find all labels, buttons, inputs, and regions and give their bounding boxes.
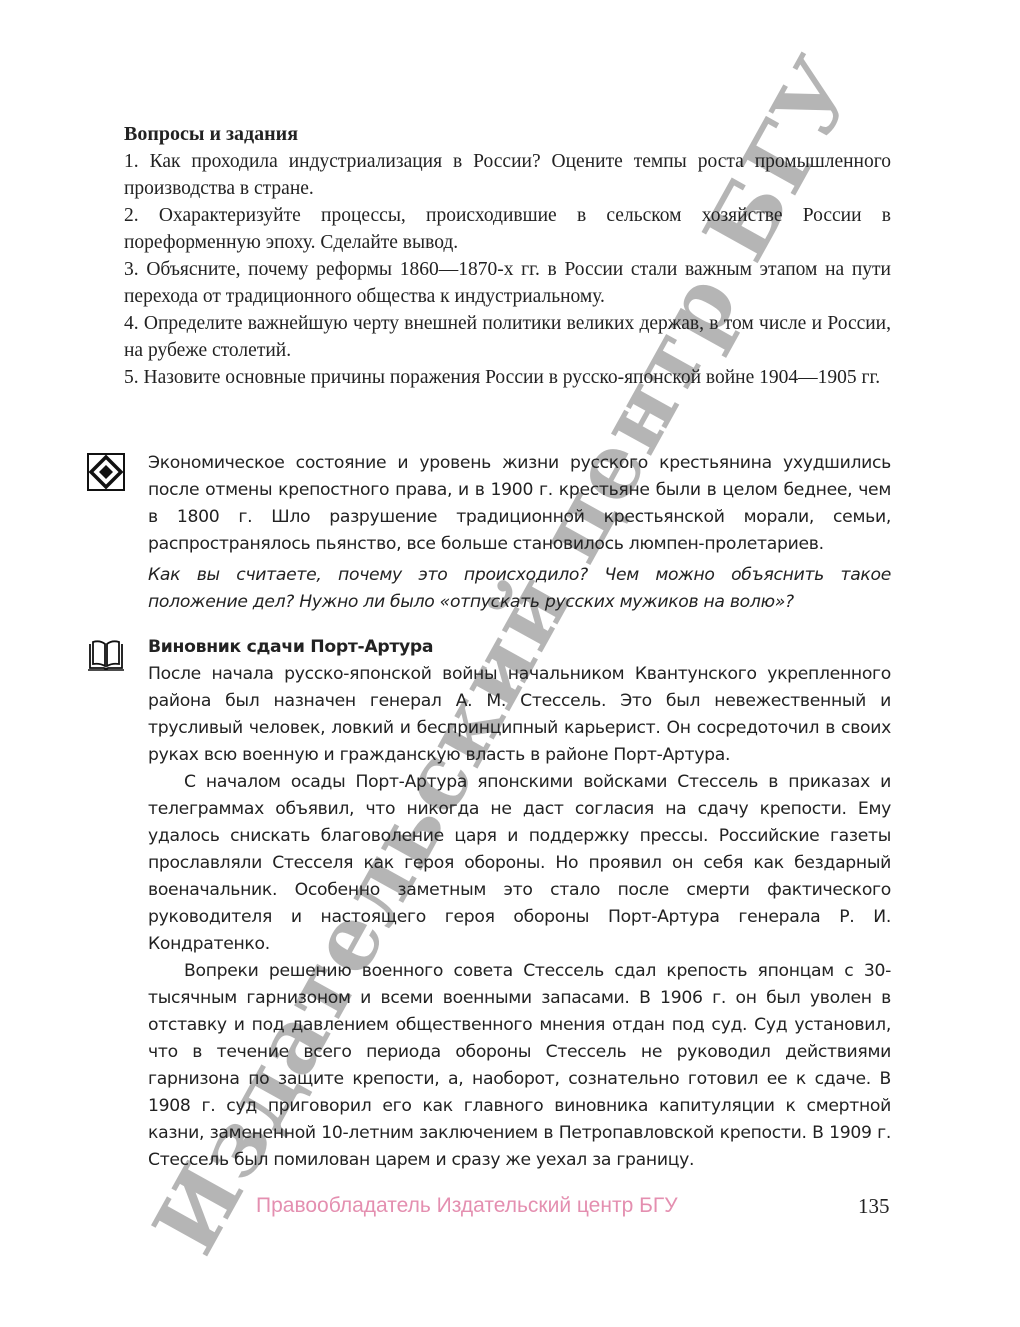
questions-section: Вопросы и задания 1. Как проходила индус… bbox=[124, 120, 891, 391]
question-item: 2. Охарактеризуйте процессы, происходивш… bbox=[124, 202, 891, 256]
textbook-page: Издательский центр БГУ Вопросы и задания… bbox=[0, 0, 1020, 1327]
question-item: 5. Назовите основные причины поражения Р… bbox=[124, 364, 891, 391]
question-item: 3. Объясните, почему реформы 1860—1870-х… bbox=[124, 256, 891, 310]
reading-box: Виновник сдачи Порт-Артура После начала … bbox=[148, 634, 891, 1174]
reading-title: Виновник сдачи Порт-Артура bbox=[148, 634, 891, 661]
discussion-box: Экономическое состояние и уровень жизни … bbox=[148, 450, 891, 616]
question-item: 4. Определите важнейшую черту внешней по… bbox=[124, 310, 891, 364]
reading-paragraph: Вопреки решению военного совета Стессель… bbox=[148, 958, 891, 1174]
discussion-text: Экономическое состояние и уровень жизни … bbox=[148, 450, 891, 558]
diamond-icon bbox=[86, 452, 126, 492]
rights-holder-footer: Правообладатель Издательский центр БГУ bbox=[256, 1194, 678, 1218]
page-number: 135 bbox=[858, 1194, 890, 1219]
question-item: 1. Как проходила индустриализация в Росс… bbox=[124, 148, 891, 202]
questions-title: Вопросы и задания bbox=[124, 120, 891, 148]
reading-paragraph: После начала русско-японской войны начал… bbox=[148, 661, 891, 769]
reading-paragraph: С началом осады Порт-Артура японскими во… bbox=[148, 769, 891, 958]
discussion-question: Как вы считаете, почему это происходило?… bbox=[148, 562, 891, 616]
open-book-icon bbox=[86, 636, 126, 676]
